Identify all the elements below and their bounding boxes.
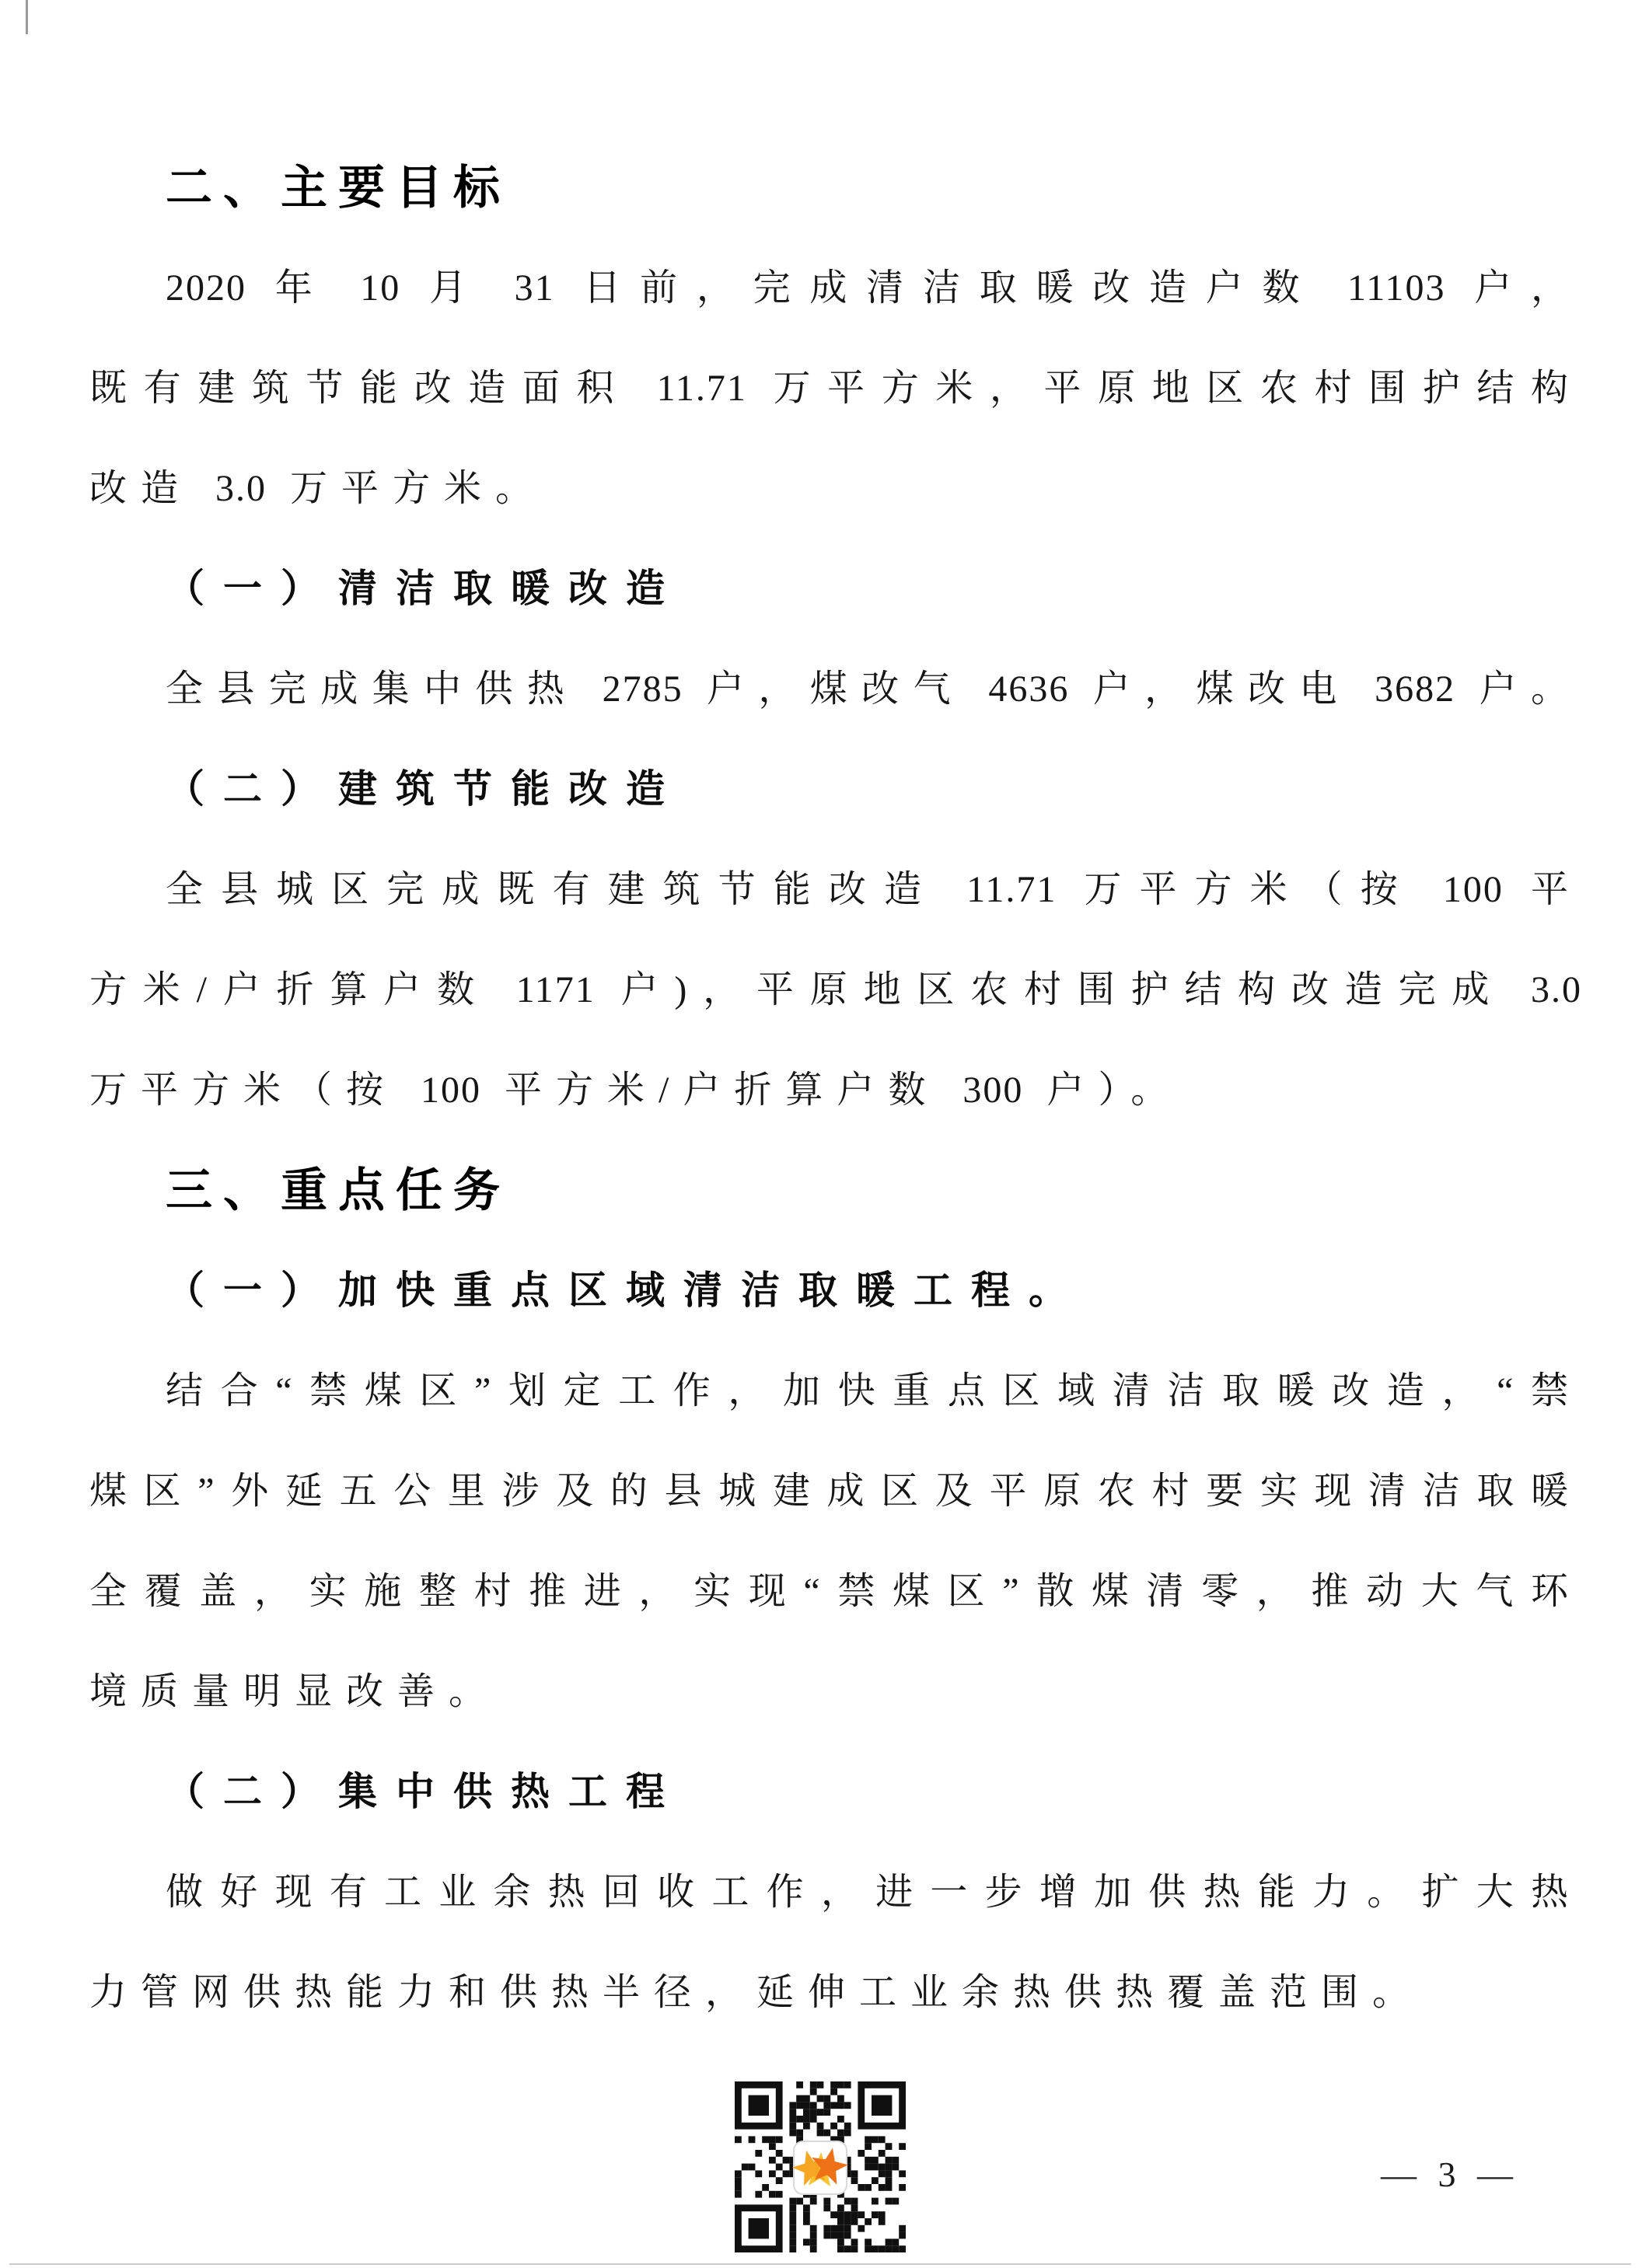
paragraph-line: 全覆盖，实施整村推进，实现“禁煤区”散煤清零，推动大气环 (89, 1541, 1582, 1642)
paragraph-line: 全县完成集中供热 2785 户，煤改气 4636 户，煤改电 3682 户。 (89, 639, 1582, 739)
numeric-value: 2785 (603, 668, 683, 710)
numeric-value: 1171 (516, 969, 596, 1010)
numeric-value: 3682 (1375, 668, 1455, 710)
numeric-value: 31 (515, 267, 555, 309)
paragraph-line: 改造 3.0 万平方米。 (89, 438, 1582, 539)
paragraph-line: 结合“禁煤区”划定工作，加快重点区域清洁取暖改造，“禁 (89, 1341, 1582, 1441)
sub-heading: （一）清洁取暖改造 (166, 539, 1582, 639)
scan-edge-line (9, 2263, 1631, 2265)
numeric-value: 11.71 (966, 869, 1057, 910)
numeric-value: 10 (360, 267, 400, 309)
paragraph-line: 力管网供热能力和供热半径，延伸工业余热供热覆盖范围。 (89, 1942, 1582, 2043)
numeric-value: 300 (962, 1069, 1023, 1111)
sub-heading: （二）建筑节能改造 (166, 739, 1582, 839)
numeric-value: 11.71 (657, 368, 747, 409)
scan-artifact-line (26, 0, 28, 34)
numeric-value: 3.0 (1531, 969, 1582, 1010)
page-number: — 3 — (1381, 2151, 1567, 2198)
section-heading: 二、主要目标 (166, 138, 1582, 238)
paragraph-line: 万平方米（按 100 平方米/户折算户数 300 户）。 (89, 1040, 1582, 1140)
paragraph-line: 做好现有工业余热回收工作，进一步增加供热能力。扩大热 (89, 1842, 1582, 1942)
numeric-value: 3.0 (215, 468, 267, 509)
paragraph-line: 境质量明显改善。 (89, 1642, 1582, 1742)
paragraph-line: 2020 年 10 月 31 日前，完成清洁取暖改造户数 11103 户， (89, 238, 1582, 338)
paragraph-line: 既有建筑节能改造面积 11.71 万平方米，平原地区农村围护结构 (89, 338, 1582, 438)
paragraph-line: 煤区”外延五公里涉及的县城建成区及平原农村要实现清洁取暖 (89, 1441, 1582, 1541)
numeric-value: 100 (421, 1069, 481, 1111)
document-text-block: 二、主要目标2020 年 10 月 31 日前，完成清洁取暖改造户数 11103… (89, 138, 1582, 2043)
section-heading: 三、重点任务 (166, 1140, 1582, 1240)
numeric-value: 2020 (166, 267, 246, 309)
scanned-document-page: 二、主要目标2020 年 10 月 31 日前，完成清洁取暖改造户数 11103… (0, 0, 1642, 2268)
sub-heading: （二）集中供热工程 (166, 1742, 1582, 1842)
numeric-value: 4636 (988, 668, 1069, 710)
numeric-value: 100 (1443, 869, 1504, 910)
numeric-value: 11103 (1347, 267, 1445, 309)
paragraph-line: 全县城区完成既有建筑节能改造 11.71 万平方米（按 100 平 (89, 839, 1582, 940)
qr-code (735, 2081, 906, 2254)
paragraph-line: 方米/户折算户数 1171 户)，平原地区农村围护结构改造完成 3.0 (89, 940, 1582, 1040)
sub-heading: （一）加快重点区域清洁取暖工程。 (166, 1240, 1582, 1341)
